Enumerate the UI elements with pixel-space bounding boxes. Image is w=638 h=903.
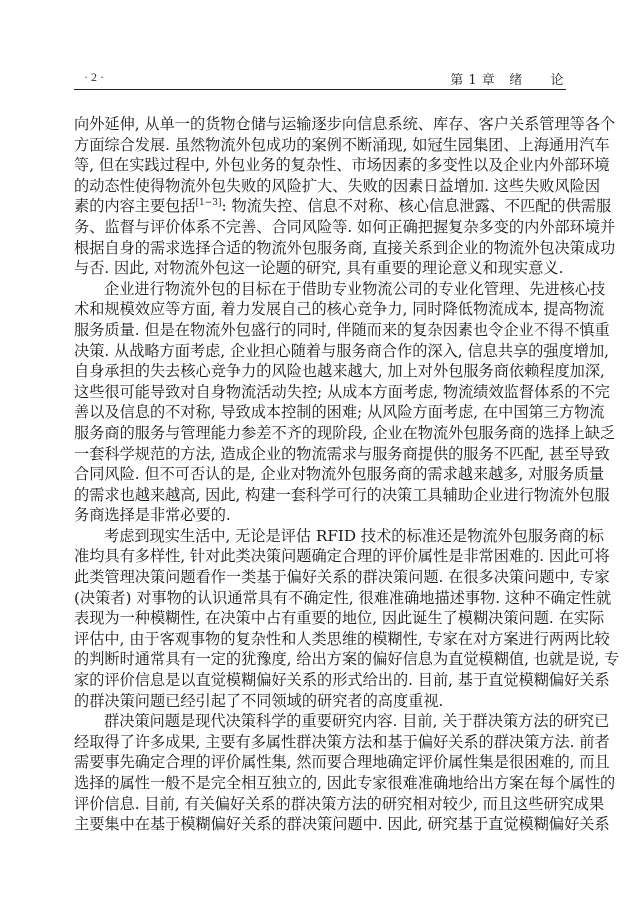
paragraph: 考虑到现实生活中, 无论是评估 RFID 技术的标准还是物流外包服务商的标 准均… (74, 526, 566, 711)
text-line: 的需求也越来越高, 因此, 构建一套科学可行的决策工具辅助企业进行物流外包服 (74, 485, 566, 506)
text-line: 与否. 因此, 对物流外包这一论题的研究, 具有重要的理论意义和现实意义. (74, 258, 566, 279)
text-line: 评价信息. 目前, 有关偏好关系的群决策方法的研究相对较少, 而且这些研究成果 (74, 794, 566, 815)
citation-reference: [1−3] (196, 198, 222, 208)
text-line: 务商选择是非常必要的. (74, 505, 566, 526)
page-number: · 2 · (84, 70, 104, 85)
text-line: 企业进行物流外包的目标在于借助专业物流公司的专业化管理、先进核心技 (74, 279, 566, 300)
text-line: (决策者) 对事物的认识通常具有不确定性, 很难准确地描述事物. 这种不确定性就 (74, 588, 566, 609)
text-line: 决策. 从战略方面考虑, 企业担心随着与服务商合作的深入, 信息共享的强度增加, (74, 341, 566, 362)
text-line: 家的评价信息是以直觉模糊偏好关系的形式给出的. 目前, 基于直觉模糊偏好关系 (74, 670, 566, 691)
text-line: 服务商的服务与管理能力参差不齐的现阶段, 企业在物流外包服务商的选择上缺乏 (74, 423, 566, 444)
text-line: 群决策问题是现代决策科学的重要研究内容. 目前, 关于群决策方法的研究已 (74, 711, 566, 732)
text-line: 的动态性使得物流外包失败的风险扩大、失败的因素日益增加. 这些失败风险因 (74, 176, 566, 197)
text-line: 需要事先确定合理的评价属性集, 然而要合理地确定评价属性集是很困难的, 而且 (74, 752, 566, 773)
running-header: · 2 · 第 1 章 绪 论 (74, 68, 566, 88)
text-line: 术和规模效应等方面, 着力发展自己的核心竞争力, 同时降低物流成本, 提高物流 (74, 299, 566, 320)
text-line: 经取得了许多成果, 主要有多属性群决策方法和基于偏好关系的群决策方法. 前者 (74, 732, 566, 753)
text-line: 准均具有多样性, 针对此类决策问题确定合理的评价属性是非常困难的. 因此可将 (74, 546, 566, 567)
text-line: 务、监督与评价体系不完善、合同风险等. 如何正确把握复杂多变的内外部环境并 (74, 217, 566, 238)
text-line: 的群决策问题已经引起了不同领域的研究者的高度重视. (74, 691, 566, 712)
text-line: 主要集中在基于模糊偏好关系的群决策问题中. 因此, 研究基于直觉模糊偏好关系 (74, 814, 566, 835)
paragraph: 群决策问题是现代决策科学的重要研究内容. 目前, 关于群决策方法的研究已 经取得… (74, 711, 566, 835)
text-line: 合同风险. 但不可否认的是, 企业对物流外包服务商的需求越来越多, 对服务质量 (74, 464, 566, 485)
paragraph: 企业进行物流外包的目标在于借助专业物流公司的专业化管理、先进核心技 术和规模效应… (74, 279, 566, 526)
text-line: 表现为一种模糊性, 在决策中占有重要的地位, 因此诞生了模糊决策问题. 在实际 (74, 608, 566, 629)
text-line: 一套科学规范的方法, 造成企业的物流需求与服务商提供的服务不匹配, 甚至导致 (74, 444, 566, 465)
header-rule (74, 89, 566, 90)
text-line: 这些很可能导致对自身物流活动失控; 从成本方面考虑, 物流绩效监督体系的不完 (74, 382, 566, 403)
text-line: 评估中, 由于客观事物的复杂性和人类思维的模糊性, 专家在对方案进行两两比较 (74, 629, 566, 650)
text-line: 服务质量. 但是在物流外包盛行的同时, 伴随而来的复杂因素也令企业不得不慎重 (74, 320, 566, 341)
text-line: 等, 但在实践过程中, 外包业务的复杂性、市场因素的多变性以及企业内外部环境 (74, 155, 566, 176)
text-line: 此类管理决策问题看作一类基于偏好关系的群决策问题. 在很多决策问题中, 专家 (74, 567, 566, 588)
text-line: 方面综合发展. 虽然物流外包成功的案例不断涌现, 如冠生园集团、上海通用汽车 (74, 135, 566, 156)
text-line: 善以及信息的不对称, 导致成本控制的困难; 从风险方面考虑, 在中国第三方物流 (74, 402, 566, 423)
text-line: 的判断时通常具有一定的犹豫度, 给出方案的偏好信息为直觉模糊值, 也就是说, 专 (74, 649, 566, 670)
text-line: 自身承担的失去核心竞争力的风险也越来越大, 加上对外包服务商依赖程度加深, (74, 361, 566, 382)
text-line: 根据自身的需求选择合适的物流外包服务商, 直接关系到企业的物流外包决策成功 (74, 238, 566, 259)
body-text: 向外延伸, 从单一的货物仓储与运输逐步向信息系统、库存、客户关系管理等各个 方面… (74, 114, 566, 835)
text-line: 选择的属性一般不是完全相互独立的, 因此专家很难准确地给出方案在每个属性的 (74, 773, 566, 794)
document-page: · 2 · 第 1 章 绪 论 向外延伸, 从单一的货物仓储与运输逐步向信息系统… (0, 0, 638, 903)
chapter-title: 第 1 章 绪 论 (450, 69, 564, 88)
text-line-with-citation: 素的内容主要包括[1−3]: 物流失控、信息不对称、核心信息泄露、不匹配的供需服 (74, 196, 566, 217)
text-line: 向外延伸, 从单一的货物仓储与运输逐步向信息系统、库存、客户关系管理等各个 (74, 114, 566, 135)
paragraph: 向外延伸, 从单一的货物仓储与运输逐步向信息系统、库存、客户关系管理等各个 方面… (74, 114, 566, 279)
text-line: 考虑到现实生活中, 无论是评估 RFID 技术的标准还是物流外包服务商的标 (74, 526, 566, 547)
